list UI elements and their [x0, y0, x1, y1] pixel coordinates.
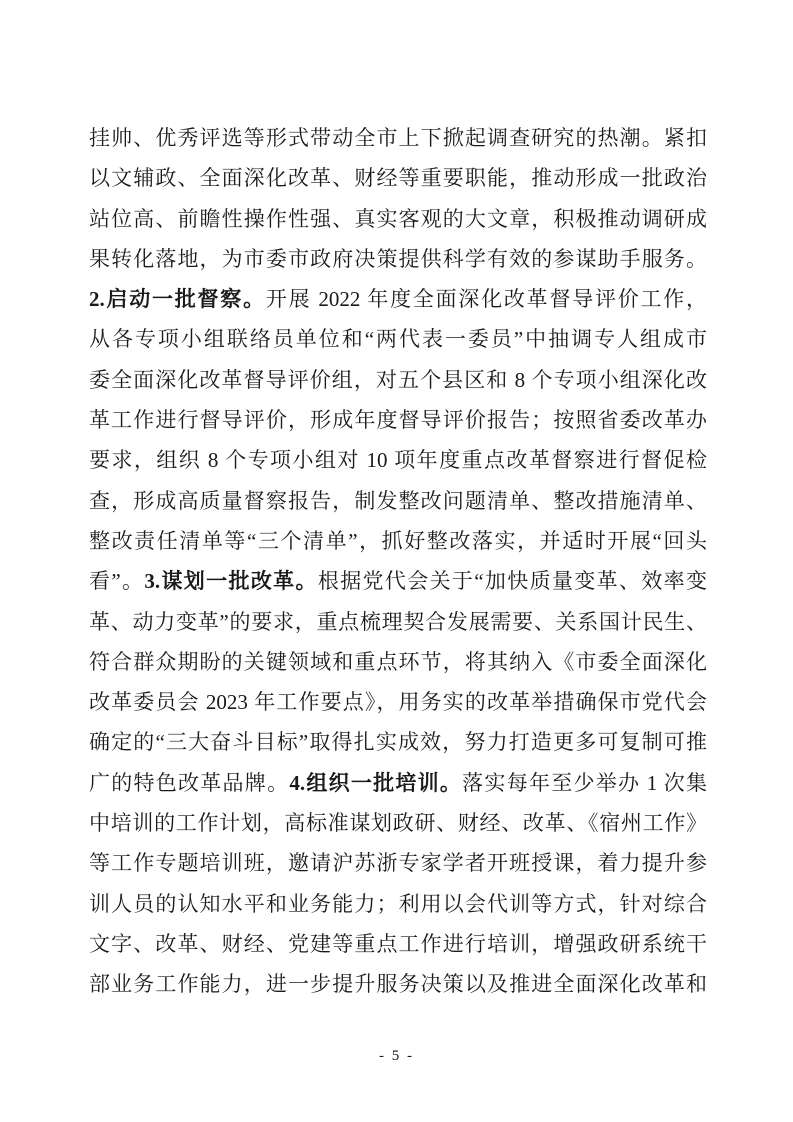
text-line: 确定的“三大奋斗目标”取得扎实成效，努力打造更多可复制可推 — [89, 722, 707, 762]
text-line: 委全面深化改革督导评价组，对五个县区和 8 个专项小组深化改 — [89, 360, 707, 400]
text-run: 从各专项小组联络员单位和“两代表一委员”中抽调专人组成市 — [89, 327, 707, 351]
text-run: 符合群众期盼的关键领域和重点环节，将其纳入《市委全面深化 — [89, 650, 707, 674]
text-run: 要求，组织 8 个专项小组对 10 项年度重点改革督察进行督促检 — [89, 448, 707, 472]
text-line: 广的特色改革品牌。4.组织一批培训。落实每年至少举办 1 次集 — [89, 763, 707, 803]
text-line: 革、动力变革”的要求，重点梳理契合发展需要、关系国计民生、 — [89, 602, 707, 642]
text-line: 革工作进行督导评价，形成年度督导评价报告；按照省委改革办 — [89, 400, 707, 440]
text-run: 落实每年至少举办 1 次集 — [462, 771, 707, 795]
text-run: 挂帅、优秀评选等形式带动全市上下掀起调查研究的热潮。紧扣 — [89, 126, 707, 150]
document-body: 挂帅、优秀评选等形式带动全市上下掀起调查研究的热潮。紧扣以文辅政、全面深化改革、… — [89, 118, 707, 1005]
text-run: 站位高、前瞻性操作性强、真实客观的大文章，积极推动调研成 — [89, 207, 707, 231]
text-run: 果转化落地，为市委市政府决策提供科学有效的参谋助手服务。 — [89, 247, 707, 271]
text-line: 查，形成高质量督察报告，制发整改问题清单、整改措施清单、 — [89, 481, 707, 521]
text-run: 等工作专题培训班，邀请沪苏浙专家学者开班授课，着力提升参 — [89, 851, 707, 875]
page-number: - 5 - — [0, 1048, 793, 1065]
text-line: 文字、改革、财经、党建等重点工作进行培训，增强政研系统干 — [89, 924, 707, 964]
document-page: 挂帅、优秀评选等形式带动全市上下掀起调查研究的热潮。紧扣以文辅政、全面深化改革、… — [0, 0, 793, 1122]
text-line: 训人员的认知水平和业务能力；利用以会代训等方式，针对综合 — [89, 884, 707, 924]
text-line: 整改责任清单等“三个清单”，抓好整改落实，并适时开展“回头 — [89, 521, 707, 561]
text-run: 查，形成高质量督察报告，制发整改问题清单、整改措施清单、 — [89, 489, 707, 513]
text-line: 2.启动一批督察。开展 2022 年度全面深化改革督导评价工作， — [89, 279, 707, 319]
text-run: 革工作进行督导评价，形成年度督导评价报告；按照省委改革办 — [89, 408, 707, 432]
text-line: 中培训的工作计划，高标准谋划政研、财经、改革、《宿州工作》 — [89, 803, 707, 843]
text-run: 整改责任清单等“三个清单”，抓好整改落实，并适时开展“回头 — [89, 529, 707, 553]
text-line: 等工作专题培训班，邀请沪苏浙专家学者开班授课，着力提升参 — [89, 843, 707, 883]
run-in-heading: 4.组织一批培训。 — [289, 771, 462, 795]
run-in-heading: 2.启动一批督察。 — [89, 287, 266, 311]
text-run: 以文辅政、全面深化改革、财经等重要职能，推动形成一批政治 — [89, 166, 707, 190]
text-line: 从各专项小组联络员单位和“两代表一委员”中抽调专人组成市 — [89, 319, 707, 359]
text-run: 看”。 — [89, 569, 144, 593]
text-line: 站位高、前瞻性操作性强、真实客观的大文章，积极推动调研成 — [89, 199, 707, 239]
text-run: 革、动力变革”的要求，重点梳理契合发展需要、关系国计民生、 — [89, 610, 707, 634]
run-in-heading: 3.谋划一批改革。 — [144, 569, 318, 593]
text-line: 挂帅、优秀评选等形式带动全市上下掀起调查研究的热潮。紧扣 — [89, 118, 707, 158]
text-run: 开展 2022 年度全面深化改革督导评价工作， — [266, 287, 707, 311]
text-line: 要求，组织 8 个专项小组对 10 项年度重点改革督察进行督促检 — [89, 440, 707, 480]
text-run: 确定的“三大奋斗目标”取得扎实成效，努力打造更多可复制可推 — [89, 730, 707, 754]
text-line: 以文辅政、全面深化改革、财经等重要职能，推动形成一批政治 — [89, 158, 707, 198]
text-run: 改革委员会 2023 年工作要点》，用务实的改革举措确保市党代会 — [89, 690, 707, 714]
text-run: 委全面深化改革督导评价组，对五个县区和 8 个专项小组深化改 — [89, 368, 707, 392]
text-run: 部业务工作能力，进一步提升服务决策以及推进全面深化改革和 — [89, 972, 707, 996]
text-line: 符合群众期盼的关键领域和重点环节，将其纳入《市委全面深化 — [89, 642, 707, 682]
text-line: 看”。3.谋划一批改革。根据党代会关于“加快质量变革、效率变 — [89, 561, 707, 601]
text-run: 文字、改革、财经、党建等重点工作进行培训，增强政研系统干 — [89, 932, 707, 956]
text-line: 改革委员会 2023 年工作要点》，用务实的改革举措确保市党代会 — [89, 682, 707, 722]
text-run: 广的特色改革品牌。 — [89, 771, 289, 795]
text-run: 根据党代会关于“加快质量变革、效率变 — [318, 569, 707, 593]
text-run: 训人员的认知水平和业务能力；利用以会代训等方式，针对综合 — [89, 892, 707, 916]
text-run: 中培训的工作计划，高标准谋划政研、财经、改革、《宿州工作》 — [89, 811, 707, 835]
text-line: 部业务工作能力，进一步提升服务决策以及推进全面深化改革和 — [89, 964, 707, 1004]
text-line: 果转化落地，为市委市政府决策提供科学有效的参谋助手服务。 — [89, 239, 707, 279]
